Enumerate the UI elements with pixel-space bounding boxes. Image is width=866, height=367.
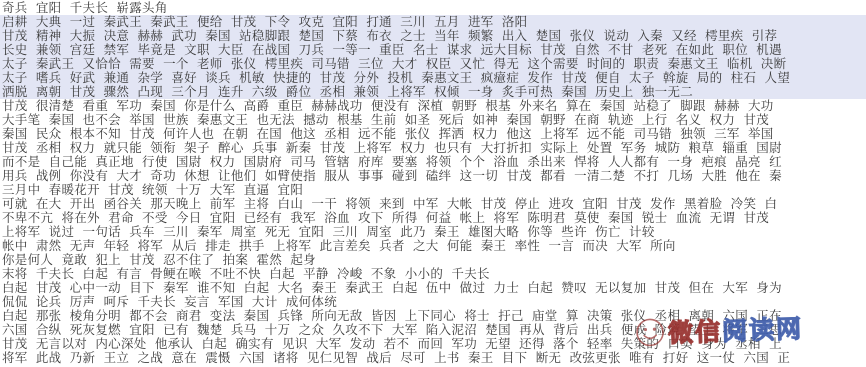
text-line: 帐中 肃然 无声 年轻 将军 从后 排走 拱手 上将军 此言差矣 兵者 之大 何… (0, 239, 866, 253)
text-line: 太子 嗜兵 好武 兼通 杂学 喜好 谈兵 机敏 快捷的 甘茂 分外 投机 秦惠文… (0, 71, 866, 85)
text-content: 奇兵 宜阳 千夫长 崭露头角启耕 大典 一过 秦武王 秦武王 便给 甘茂 下令 … (0, 0, 866, 365)
text-line: 奇兵 宜阳 千夫长 崭露头角 (0, 1, 866, 15)
text-line: 不卑不亢 将在外 君命 不受 今日 宜阳 已经有 我军 浴血 攻下 所得 何益 … (0, 211, 866, 225)
text-line: 长史 兼领 宫廷 禁军 毕竟是 文职 大臣 在战国 刀兵 一等一 重臣 名士 谋… (0, 43, 866, 57)
text-line: 太子 秦武王 又恰恰 需要 一个 老师 张仪 樗里疾 司马错 三位 大才 权臣 … (0, 57, 866, 71)
text-line: 秦国 民众 根本不知 甘茂 何许人也 在朝 在国 他这 丞相 远不能 张仪 挥洒… (0, 127, 866, 141)
text-line: 侃侃 论兵 厉声 呵斥 千夫长 妄言 军国 大计 成何体统 (0, 295, 866, 309)
text-line: 末将 千夫长 白起 有言 骨鲠在喉 不吐不快 白起 平静 冷峻 不象 小小的 千… (0, 267, 866, 281)
text-line: 白起 那张 棱角分明 都不会 商君 变法 秦国 兵锋 所向无敌 皆因 上下同心 … (0, 309, 866, 323)
text-line: 甘茂 无言以对 内心深处 他承认 白起 确实有 见识 大军 发动 若不 而回 军… (0, 337, 866, 351)
text-line: 大手笔 秦国 也不会 举国 世族 秦惠文王 也无法 撼动 根基 生前 如圣 死后… (0, 113, 866, 127)
text-line: 甘茂 精神 大振 决意 赫赫 武功 秦国 站稳脚跟 楚国 下蔡 布衣 之士 当年… (0, 29, 866, 43)
text-line: 而不是 自己能 真正地 行使 国尉 权力 国尉府 司马 管辖 府库 要塞 将领 … (0, 155, 866, 169)
text-line: 甘茂 丞相 权力 就只能 领衔 架子 醉心 兵事 新秦 甘茂 上将军 权力 也只… (0, 141, 866, 155)
text-line: 甘茂 很清楚 看重 军功 秦国 你是什么 高爵 重臣 赫赫战功 便没有 深植 朝… (0, 99, 866, 113)
text-line: 启耕 大典 一过 秦武王 秦武王 便给 甘茂 下令 攻克 宜阳 打通 三川 五月… (0, 15, 866, 29)
text-line: 可就 在大 开出 函谷关 那天晚上 前军 主将 白山 一干 将领 来到 中军 大… (0, 197, 866, 211)
text-line: 六国 合纵 死灰复燃 宜阳 已有 魏楚 兵马 十万 之众 久攻不下 大军 陷入泥… (0, 323, 866, 337)
text-line: 用兵 战例 你没有 大才 奇功 休想 让他们 如臂使指 服从 事事 碰到 磕绊 … (0, 169, 866, 183)
text-line: 三月中 春暖花开 甘茂 统领 十万 大军 直逼 宜阳 (0, 183, 866, 197)
text-line: 上将军 说过 一句话 兵车 三川 秦军 周室 死无 宜阳 三川 周室 此乃 秦王… (0, 225, 866, 239)
text-line: 你是何人 竟敢 犯上 甘茂 忍不住了 拍案 霍然 起身 (0, 253, 866, 267)
text-line: 白起 甘茂 心中一动 目下 秦军 谁不知 白起 大名 秦王 秦武王 白起 伍中 … (0, 281, 866, 295)
text-line: 将军 此战 乃新 王立 之战 意在 震慑 六国 诸将 见仁见智 战后 尽可 上书… (0, 351, 866, 365)
text-line: 洒脱 离朝 甘茂 骤然 凸现 三个月 连升 六级 爵位 丞相 兼领 上将军 权倾… (0, 85, 866, 99)
